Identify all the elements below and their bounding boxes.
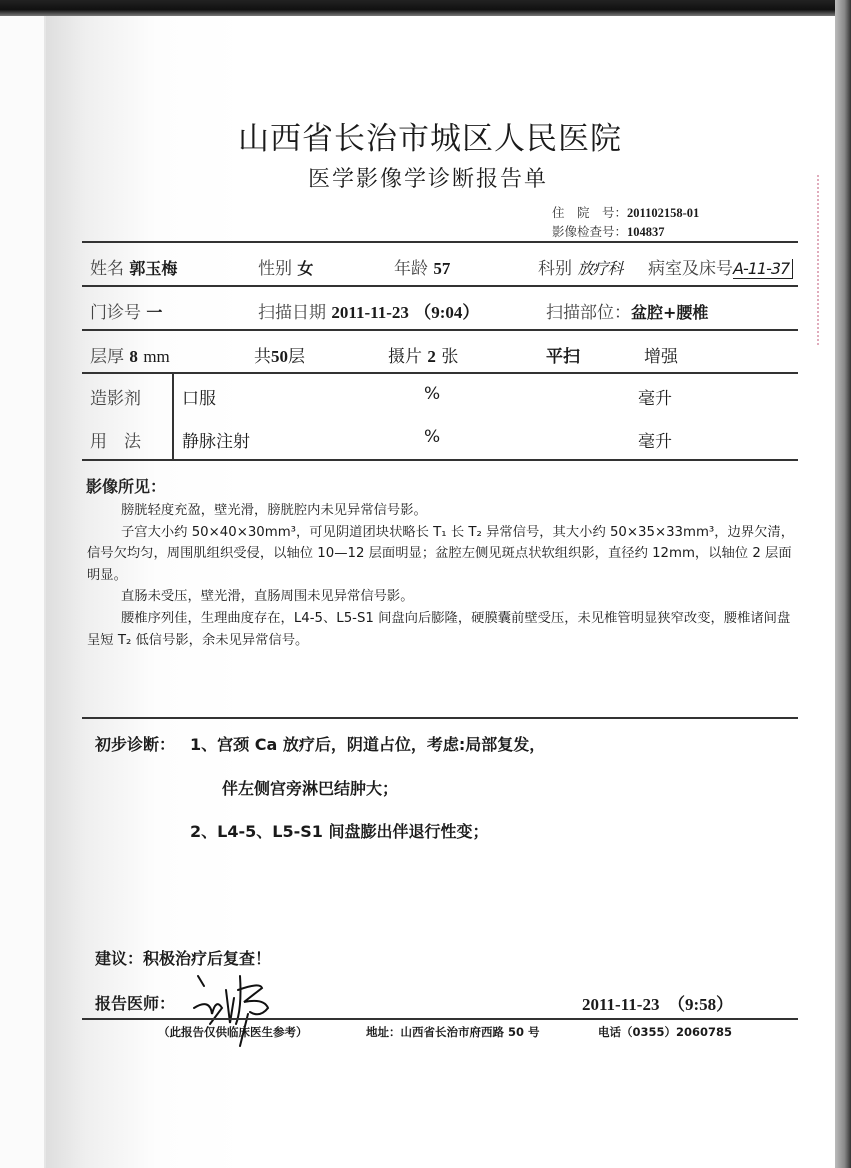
films-field: 摄片 2 张 <box>388 342 458 367</box>
diagnosis-item-1: 1、宫颈 Ca 放疗后，阴道占位，考虑:局部复发， <box>190 732 545 755</box>
ward-bed-handwritten: A-11-37 <box>733 259 793 279</box>
patient-name-label: 姓名 <box>90 259 124 279</box>
section-rule <box>82 717 798 719</box>
ward-bed-field: 病室及床号A-11-37 <box>648 254 793 279</box>
table-rule <box>82 329 798 331</box>
outpatient-number-field: 门诊号 一 <box>90 298 162 323</box>
outpatient-number-value: 一 <box>146 303 162 322</box>
table-column-divider <box>172 373 174 460</box>
films-prefix: 摄片 <box>388 347 422 367</box>
films-value: 2 <box>427 347 436 366</box>
diagnosis-heading: 初步诊断： <box>95 732 175 755</box>
finding-lumbar-spine: 腰椎序列佳，生理曲度存在，L4-5、L5-S1 间盘向后膨隆，硬膜囊前壁受压，未… <box>87 608 799 651</box>
patient-name-value: 郭玉梅 <box>129 259 177 278</box>
slice-thickness-label: 层厚 <box>90 347 124 367</box>
slice-thickness-field: 层厚 8 mm <box>90 342 170 367</box>
plain-scan-label: 平扫 <box>546 342 580 367</box>
contrast-unit-oral: 毫升 <box>638 384 672 409</box>
scan-date-value: 2011-11-23 <box>331 303 408 322</box>
contrast-percent-oral: % <box>424 384 440 404</box>
imaging-exam-number-value: 104837 <box>627 225 665 239</box>
hospital-phone: 电话（0355）2060785 <box>598 1024 732 1040</box>
suggestion: 建议：积极治疗后复查！ <box>95 946 271 969</box>
age-label: 年龄 <box>394 259 428 279</box>
total-layers-prefix: 共 <box>254 347 271 367</box>
table-rule <box>82 459 798 461</box>
findings-body: 膀胱轻度充盈，壁光滑，膀胱腔内未见异常信号影。 子宫大小约 50×40×30mm… <box>87 500 799 651</box>
suggestion-text: 积极治疗后复查！ <box>143 949 271 968</box>
table-rule <box>82 285 798 287</box>
inpatient-number-value: 201102158-01 <box>627 206 699 220</box>
diagnosis-item-2-number: 2、 <box>190 822 217 841</box>
hospital-name: 山西省长治市城区人民医院 <box>238 113 622 158</box>
scan-time-value: （9:04） <box>414 303 479 322</box>
age-value: 57 <box>433 259 450 278</box>
report-datetime: 2011-11-23 （9:58） <box>582 990 733 1015</box>
scanner-left-margin <box>0 0 46 1168</box>
diagnosis-item-1-text: 宫颈 Ca 放疗后，阴道占位，考虑:局部复发， <box>217 735 545 754</box>
sex-field: 性别 女 <box>258 254 313 279</box>
scan-site-label: 扫描部位： <box>546 303 631 323</box>
enhanced-label: 增强 <box>644 342 678 367</box>
scan-date-label: 扫描日期 <box>258 303 326 323</box>
department-label: 科别 <box>538 259 572 279</box>
total-layers-field: 共50层 <box>254 342 305 367</box>
films-suffix: 张 <box>441 347 458 367</box>
finding-uterus: 子宫大小约 50×40×30mm³，可见阴道团块状略长 T₁ 长 T₂ 异常信号… <box>87 522 799 587</box>
finding-bladder: 膀胱轻度充盈，壁光滑，膀胱腔内未见异常信号影。 <box>87 500 799 522</box>
slice-thickness-value: 8 <box>129 347 138 366</box>
contrast-percent-iv: % <box>424 427 440 447</box>
hospital-address: 地址：山西省长治市府西路 50 号 <box>366 1024 540 1040</box>
contrast-unit-iv: 毫升 <box>638 427 672 452</box>
scan-date-field: 扫描日期 2011-11-23 （9:04） <box>258 298 479 323</box>
scan-site-field: 扫描部位：盆腔+腰椎 <box>546 298 708 323</box>
diagnosis-item-1-number: 1、 <box>190 735 217 754</box>
total-layers-suffix: 层 <box>288 347 305 367</box>
sex-value: 女 <box>297 259 313 278</box>
outpatient-number-label: 门诊号 <box>90 303 141 323</box>
report-title: 医学影像学诊断报告单 <box>308 162 548 193</box>
inpatient-number: 住 院 号：201102158-01 <box>552 203 699 221</box>
department-field: 科别 放疗科 <box>538 254 622 279</box>
table-rule <box>82 241 798 243</box>
sex-label: 性别 <box>258 259 292 279</box>
red-seal-mark <box>817 175 829 345</box>
diagnosis-item-2-text: L4-5、L5-S1 间盘膨出伴退行性变； <box>217 822 488 841</box>
diagnosis-item-2: 2、L4-5、L5-S1 间盘膨出伴退行性变； <box>190 819 488 842</box>
patient-name-field: 姓名 郭玉梅 <box>90 254 177 279</box>
finding-rectum: 直肠未受压，壁光滑，直肠周围未见异常信号影。 <box>87 586 799 608</box>
contrast-agent-label: 造影剂 <box>90 384 141 409</box>
inpatient-number-label: 住 院 号： <box>552 205 627 220</box>
contrast-route-oral: 口服 <box>182 384 216 409</box>
table-rule <box>82 372 798 374</box>
total-layers-value: 50 <box>271 347 288 366</box>
scan-site-value: 盆腔+腰椎 <box>631 303 708 322</box>
department-handwritten: 放疗科 <box>577 259 622 278</box>
slice-thickness-unit: mm <box>143 347 169 366</box>
disclaimer: （此报告仅供临床医生参考） <box>158 1024 308 1040</box>
ward-bed-label: 病室及床号 <box>648 259 733 279</box>
diagnosis-item-1-continued: 伴左侧宫旁淋巴结肿大； <box>222 776 398 799</box>
suggestion-label: 建议： <box>95 949 143 968</box>
findings-heading: 影像所见： <box>86 474 166 497</box>
scanner-top-border <box>0 0 851 16</box>
age-field: 年龄 57 <box>394 254 450 279</box>
contrast-route-iv: 静脉注射 <box>182 427 250 452</box>
reporting-doctor-label: 报告医师： <box>95 991 175 1014</box>
imaging-exam-number: 影像检查号：104837 <box>552 222 665 240</box>
imaging-exam-number-label: 影像检查号： <box>552 224 627 239</box>
footer-rule <box>82 1018 798 1020</box>
scanner-right-border <box>835 0 851 1168</box>
usage-label: 用 法 <box>90 427 141 452</box>
